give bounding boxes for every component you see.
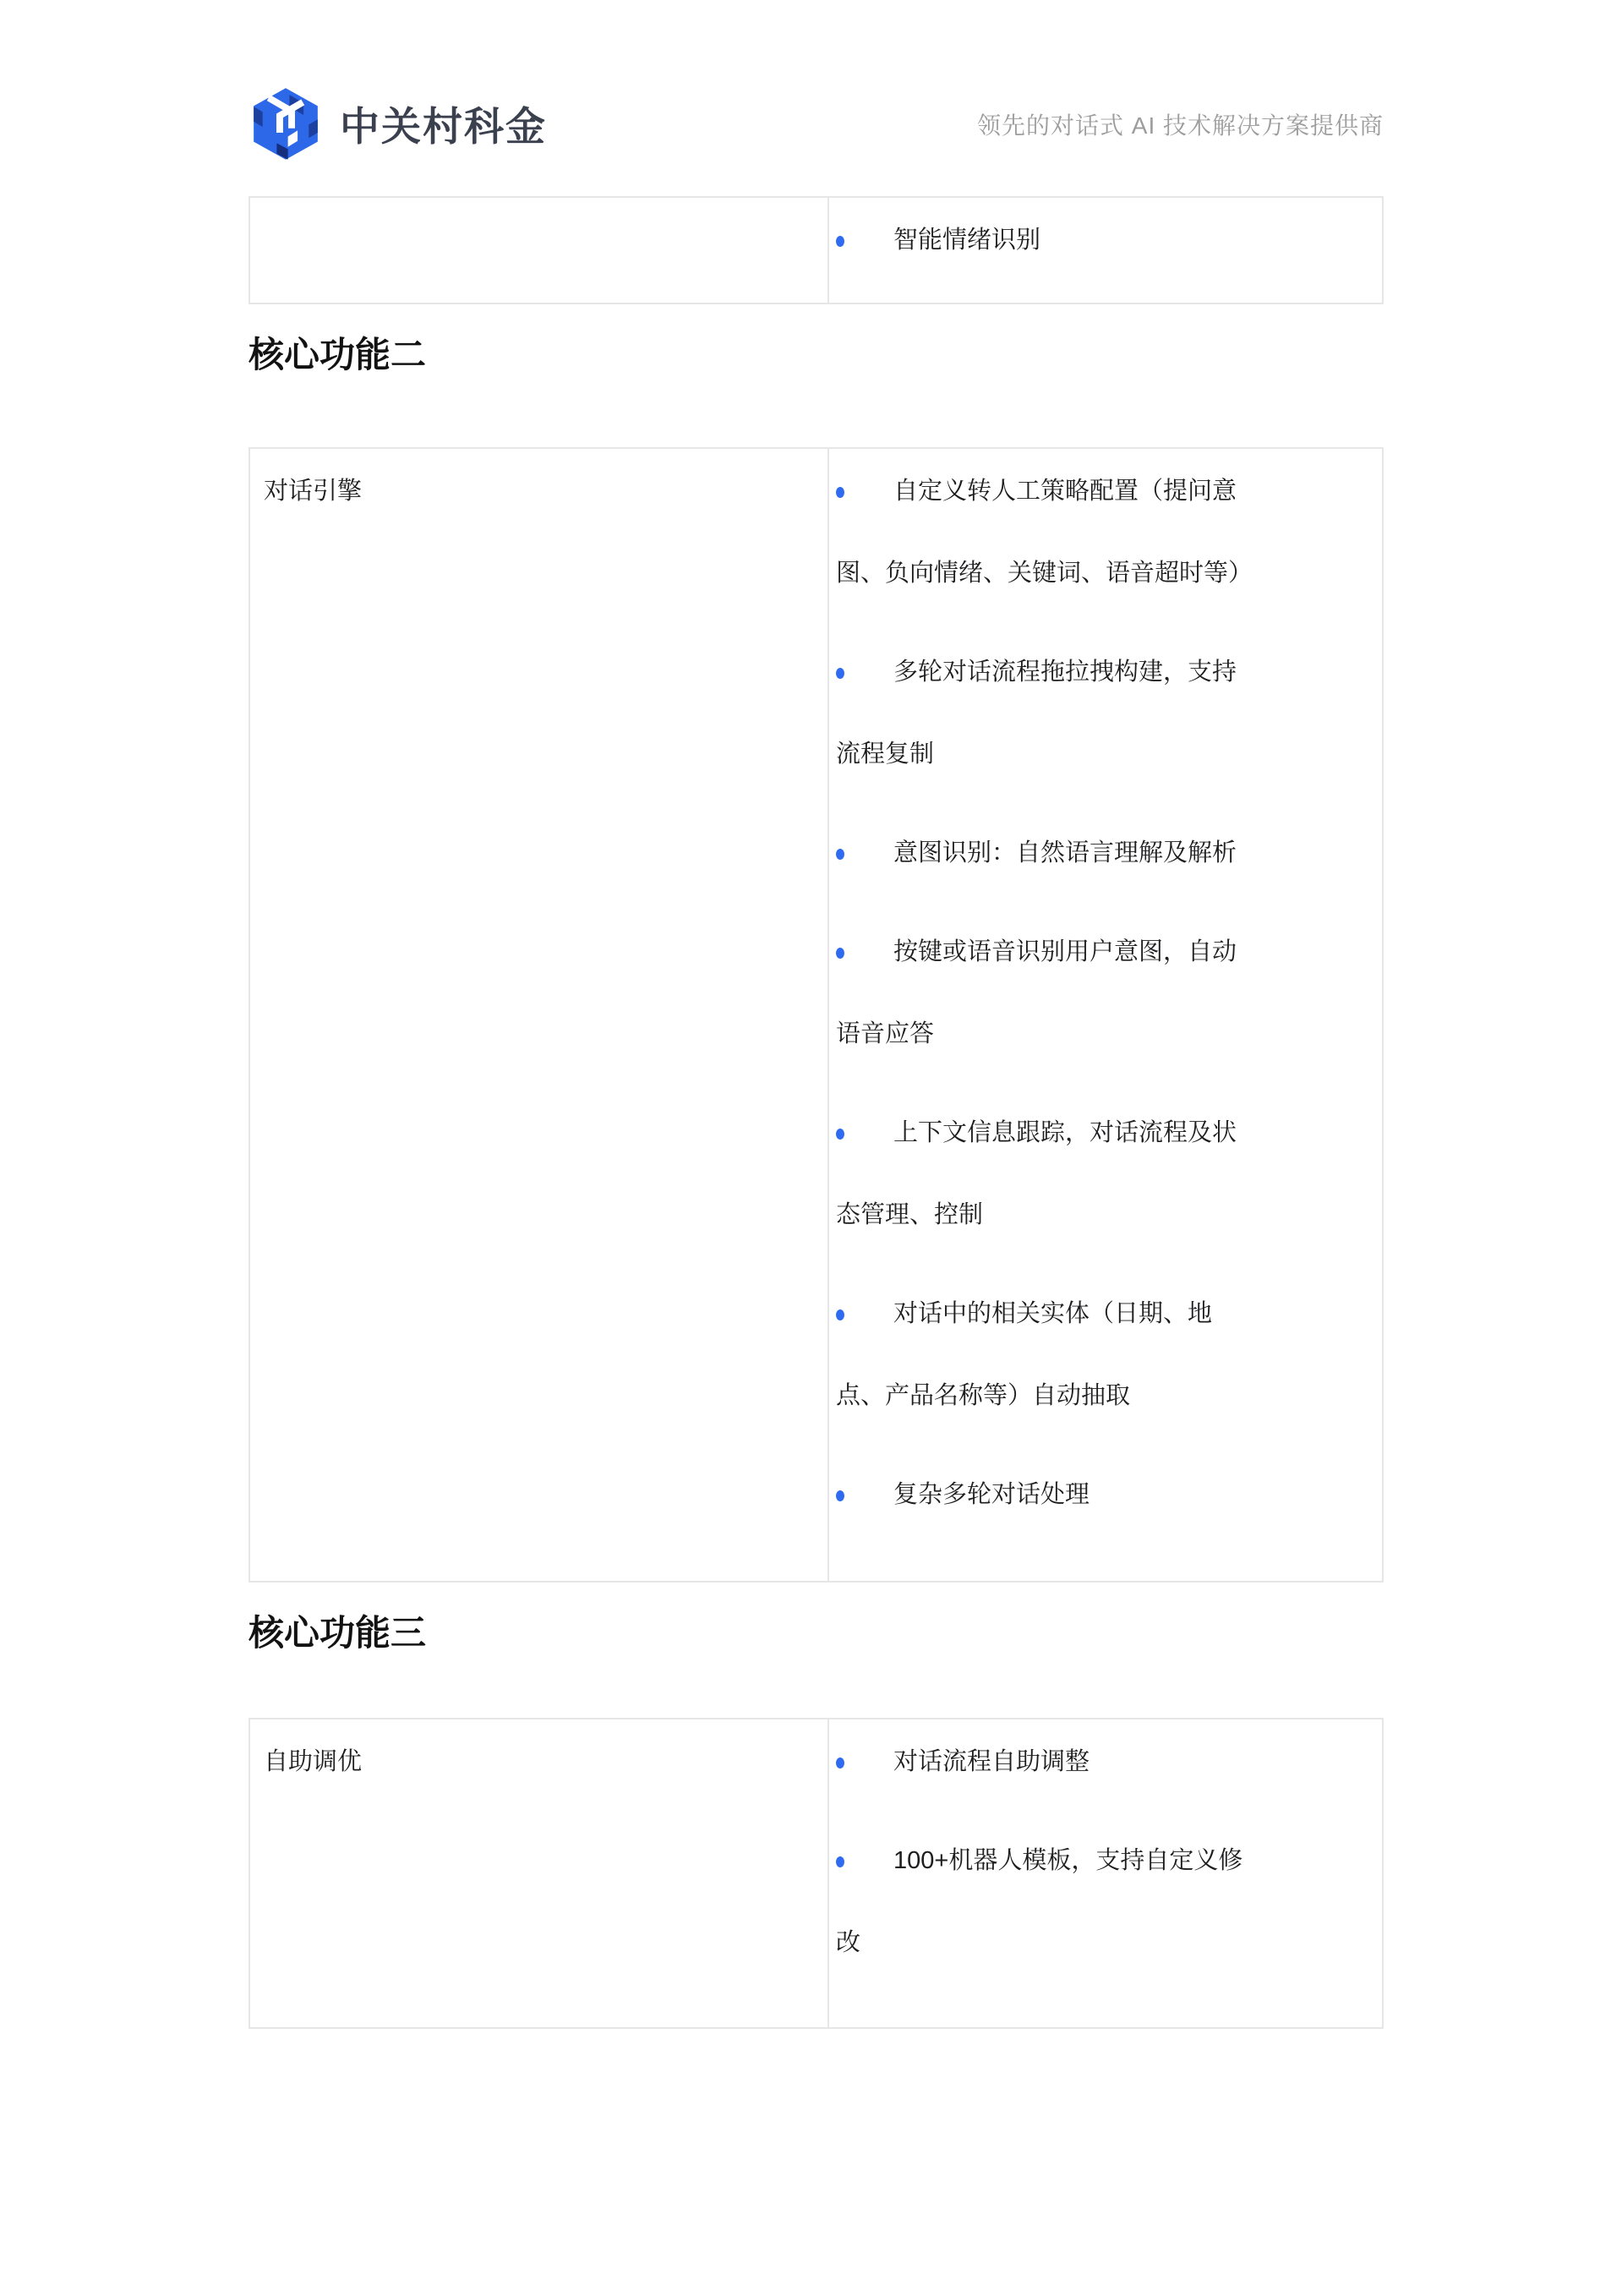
document-page: 中关村科金 领先的对话式 AI 技术解决方案提供商 智能情绪识别 核心功能二 对… bbox=[0, 0, 1622, 2296]
list-item-text: 对话中的相关实体（日期、地点、产品名称等）自动抽取 bbox=[836, 1300, 1212, 1409]
bullet-dot-icon bbox=[836, 487, 844, 498]
list-item: 复杂多轮对话处理 bbox=[836, 1454, 1259, 1536]
list-item: 100+机器人模板，支持自定义修改 bbox=[836, 1820, 1259, 1984]
logo: 中关村科金 bbox=[248, 85, 547, 163]
list-item: 对话流程自助调整 bbox=[836, 1721, 1259, 1803]
bullet-dot-icon bbox=[836, 236, 844, 247]
list-item-text: 多轮对话流程拖拉拽构建，支持流程复制 bbox=[836, 659, 1237, 768]
feature-bullets-cell: 对话流程自助调整 100+机器人模板，支持自定义修改 对话数据抽取、问题聚类，新… bbox=[827, 1719, 1382, 2027]
list-item-text: 100+机器人模板，支持自定义修改 bbox=[836, 1847, 1242, 1956]
list-item: 按键或语音识别用户意图，自动语音应答 bbox=[836, 911, 1259, 1075]
list-item: 智能情绪识别 bbox=[836, 200, 1259, 282]
list-item: 上下文信息跟踪，对话流程及状态管理、控制 bbox=[836, 1092, 1259, 1256]
list-item: 对话数据抽取、问题聚类，新知识 bbox=[836, 2001, 1259, 2027]
feature-label-cell: 自助调优 bbox=[250, 1719, 827, 2027]
list-item: 对话中的相关实体（日期、地点、产品名称等）自动抽取 bbox=[836, 1273, 1259, 1437]
list-item: 多轮对话流程拖拉拽构建，支持流程复制 bbox=[836, 631, 1259, 795]
feature-bullets-cell: 智能情绪识别 bbox=[827, 198, 1382, 303]
feature-table-continued: 智能情绪识别 bbox=[248, 196, 1384, 304]
feature-table-self-tuning: 自助调优 对话流程自助调整 100+机器人模板，支持自定义修改 对话数据抽取、问… bbox=[248, 1718, 1384, 2029]
list-item-text: 复杂多轮对话处理 bbox=[893, 1481, 1090, 1508]
bullet-dot-icon bbox=[836, 849, 844, 860]
bullet-dot-icon bbox=[836, 668, 844, 679]
cube-logo-icon bbox=[248, 85, 323, 163]
list-item-text: 按键或语音识别用户意图，自动语音应答 bbox=[836, 938, 1237, 1047]
feature-table-dialog-engine: 对话引擎 自定义转人工策略配置（提问意图、负向情绪、关键词、语音超时等） 多轮对… bbox=[248, 447, 1384, 1583]
page-header: 中关村科金 领先的对话式 AI 技术解决方案提供商 bbox=[248, 85, 1384, 163]
bullet-dot-icon bbox=[836, 1490, 844, 1501]
bullet-dot-icon bbox=[836, 1758, 844, 1768]
list-item-text: 对话流程自助调整 bbox=[893, 1748, 1090, 1775]
feature-label-cell: 对话引擎 bbox=[250, 449, 827, 1581]
section-heading-core-function-2: 核心功能二 bbox=[248, 335, 1384, 375]
bullet-dot-icon bbox=[836, 1309, 844, 1320]
feature-label-cell bbox=[250, 198, 827, 303]
bullet-dot-icon bbox=[836, 1129, 844, 1140]
bullet-dot-icon bbox=[836, 948, 844, 959]
list-item: 意图识别：自然语言理解及解析 bbox=[836, 812, 1259, 894]
list-item-text: 自定义转人工策略配置（提问意图、负向情绪、关键词、语音超时等） bbox=[836, 478, 1253, 587]
section-heading-core-function-3: 核心功能三 bbox=[248, 1613, 1384, 1654]
list-item-text: 上下文信息跟踪，对话流程及状态管理、控制 bbox=[836, 1119, 1237, 1228]
list-item-text: 智能情绪识别 bbox=[893, 227, 1040, 254]
content-column: 中关村科金 领先的对话式 AI 技术解决方案提供商 智能情绪识别 核心功能二 对… bbox=[248, 85, 1384, 2029]
tagline: 领先的对话式 AI 技术解决方案提供商 bbox=[977, 107, 1384, 141]
bullet-dot-icon bbox=[836, 1856, 844, 1867]
list-item-text: 意图识别：自然语言理解及解析 bbox=[893, 839, 1237, 866]
feature-label: 自助调优 bbox=[264, 1721, 814, 1803]
list-item: 自定义转人工策略配置（提问意图、负向情绪、关键词、语音超时等） bbox=[836, 451, 1259, 615]
feature-label: 对话引擎 bbox=[264, 451, 814, 533]
feature-bullets-cell: 自定义转人工策略配置（提问意图、负向情绪、关键词、语音超时等） 多轮对话流程拖拉… bbox=[827, 449, 1382, 1581]
brand-name: 中关村科金 bbox=[340, 96, 547, 152]
